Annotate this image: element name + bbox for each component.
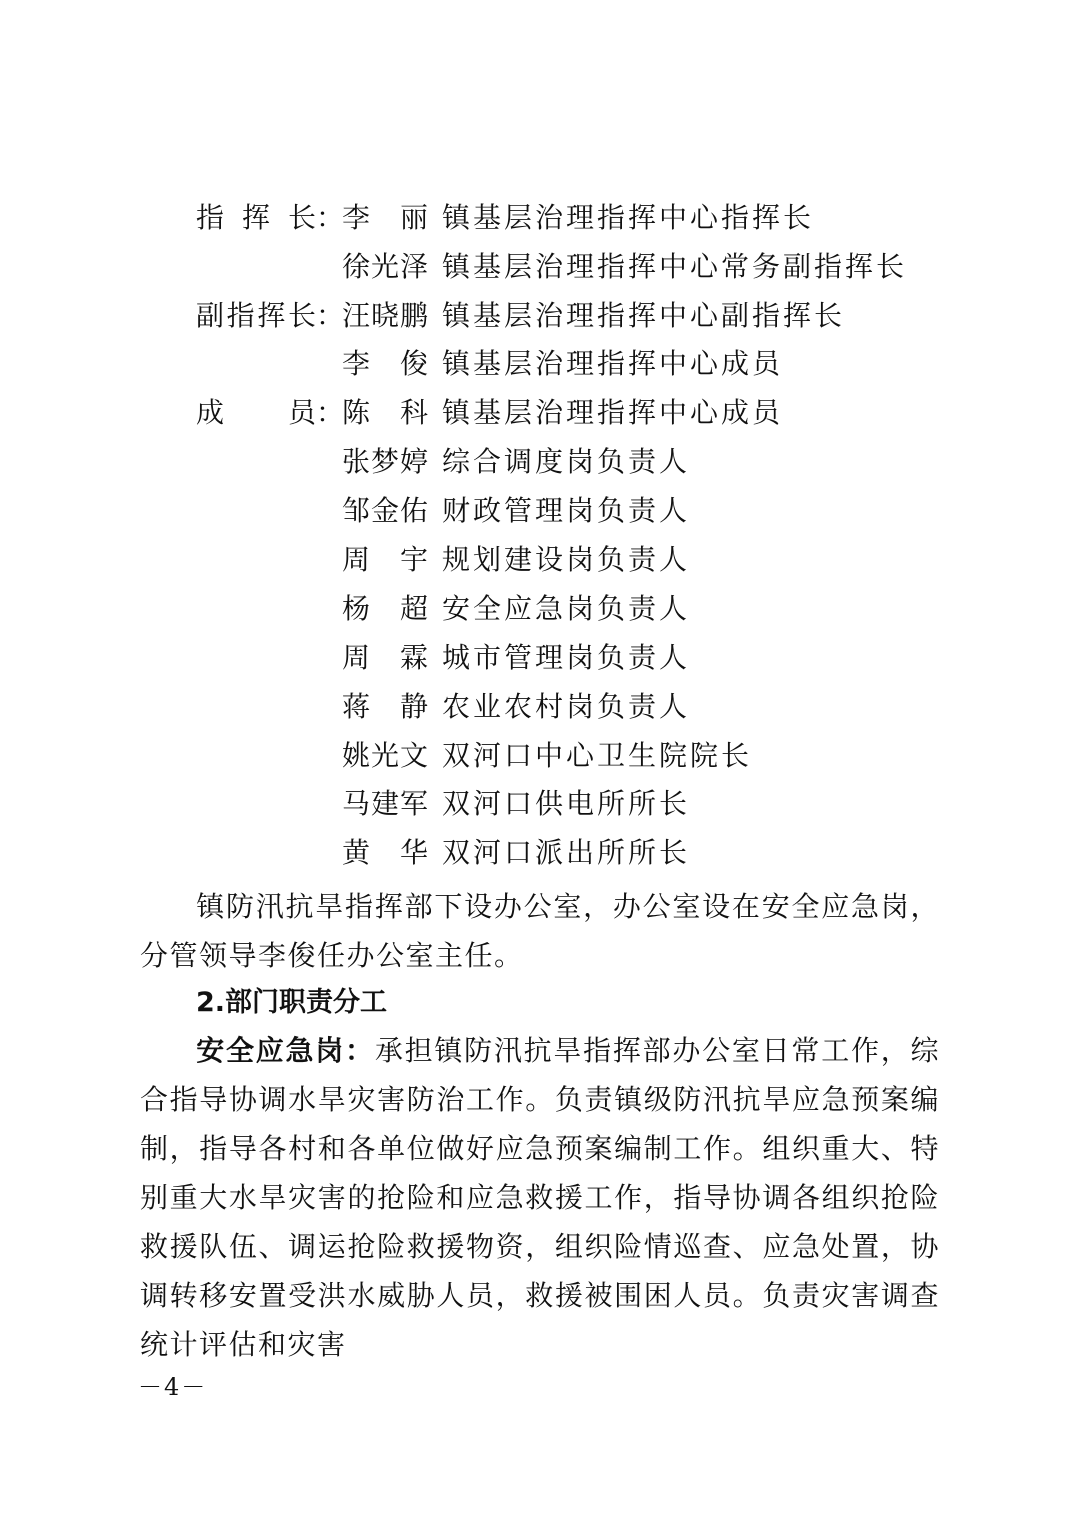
name-char: 文 (400, 736, 428, 776)
person-title: 镇基层治理指挥中心副指挥长 (442, 296, 845, 336)
role-colon: ： (316, 393, 344, 433)
name-char: 蒋 (342, 687, 370, 727)
name-char: 鹏 (400, 296, 428, 336)
name-char: 邹 (342, 491, 370, 531)
role-colon: ： (316, 296, 344, 336)
name-char: 梦 (371, 442, 399, 482)
name-char: 光 (371, 247, 399, 287)
name-char: 光 (371, 736, 399, 776)
person-name: 蒋静 (342, 687, 428, 727)
name-char: 黄 (342, 833, 370, 873)
name-char: 宇 (400, 540, 428, 580)
name-char: 科 (400, 393, 428, 433)
person-title: 农业农村岗负责人 (442, 687, 690, 727)
name-char: 丽 (400, 198, 428, 238)
role-char: 成 (196, 393, 224, 433)
role-char: 指 (227, 296, 255, 336)
person-title: 双河口中心卫生院院长 (442, 736, 752, 776)
person-name: 周宇 (342, 540, 428, 580)
person-name: 杨超 (342, 589, 428, 629)
role-label: 副指挥长 (196, 296, 316, 336)
role-char: 长 (288, 296, 316, 336)
name-char: 陈 (342, 393, 370, 433)
name-char: 徐 (342, 247, 370, 287)
name-char: 婷 (400, 442, 428, 482)
person-name: 陈科 (342, 393, 428, 433)
role-char: 员 (288, 393, 316, 433)
page-number: －4－ (138, 1372, 207, 1402)
person-name: 黄华 (342, 833, 428, 873)
office-paragraph-text: 镇防汛抗旱指挥部下设办公室，办公室设在安全应急岗，分管领导李俊任办公室主任。 (140, 890, 940, 972)
role-colon: ： (316, 198, 344, 238)
person-title: 镇基层治理指挥中心指挥长 (442, 198, 814, 238)
person-name: 马建军 (342, 784, 428, 824)
name-char: 华 (400, 833, 428, 873)
duty-paragraph: 安全应急岗：承担镇防汛抗旱指挥部办公室日常工作，综合指导协调水旱灾害防治工作。负… (140, 1026, 940, 1369)
person-name: 李丽 (342, 198, 428, 238)
name-char: 周 (342, 540, 370, 580)
name-char: 杨 (342, 589, 370, 629)
name-char: 李 (342, 198, 370, 238)
person-title: 镇基层治理指挥中心常务副指挥长 (442, 247, 907, 287)
person-title: 镇基层治理指挥中心成员 (442, 344, 783, 384)
role-label: 指挥长 (196, 198, 316, 238)
name-char: 佑 (400, 491, 428, 531)
person-name: 姚光文 (342, 736, 428, 776)
duty-lead: 安全应急岗： (196, 1034, 375, 1067)
person-name: 徐光泽 (342, 247, 428, 287)
person-title: 双河口供电所所长 (442, 784, 690, 824)
role-char: 挥 (242, 198, 270, 238)
section-heading: 2.部门职责分工 (196, 983, 387, 1023)
document-page: 指挥长：李丽镇基层治理指挥中心指挥长徐光泽镇基层治理指挥中心常务副指挥长副指挥长… (0, 0, 1074, 1520)
role-char: 挥 (257, 296, 285, 336)
person-title: 镇基层治理指挥中心成员 (442, 393, 783, 433)
person-title: 双河口派出所所长 (442, 833, 690, 873)
person-title: 安全应急岗负责人 (442, 589, 690, 629)
name-char: 静 (400, 687, 428, 727)
name-char: 俊 (400, 344, 428, 384)
name-char: 泽 (400, 247, 428, 287)
person-name: 邹金佑 (342, 491, 428, 531)
person-title: 城市管理岗负责人 (442, 638, 690, 678)
name-char: 金 (371, 491, 399, 531)
name-char: 姚 (342, 736, 370, 776)
name-char: 晓 (371, 296, 399, 336)
person-name: 李俊 (342, 344, 428, 384)
role-label: 成员 (196, 393, 316, 433)
office-paragraph: 镇防汛抗旱指挥部下设办公室，办公室设在安全应急岗，分管领导李俊任办公室主任。 (140, 882, 940, 980)
role-char: 指 (196, 198, 224, 238)
name-char: 汪 (342, 296, 370, 336)
person-title: 规划建设岗负责人 (442, 540, 690, 580)
person-title: 财政管理岗负责人 (442, 491, 690, 531)
name-char: 军 (400, 784, 428, 824)
role-char: 副 (196, 296, 224, 336)
name-char: 霖 (400, 638, 428, 678)
duty-text: 承担镇防汛抗旱指挥部办公室日常工作，综合指导协调水旱灾害防治工作。负责镇级防汛抗… (140, 1034, 940, 1361)
name-char: 超 (400, 589, 428, 629)
person-title: 综合调度岗负责人 (442, 442, 690, 482)
name-char: 张 (342, 442, 370, 482)
name-char: 李 (342, 344, 370, 384)
role-char: 长 (288, 198, 316, 238)
name-char: 马 (342, 784, 370, 824)
person-name: 汪晓鹏 (342, 296, 428, 336)
person-name: 周霖 (342, 638, 428, 678)
person-name: 张梦婷 (342, 442, 428, 482)
name-char: 建 (371, 784, 399, 824)
name-char: 周 (342, 638, 370, 678)
